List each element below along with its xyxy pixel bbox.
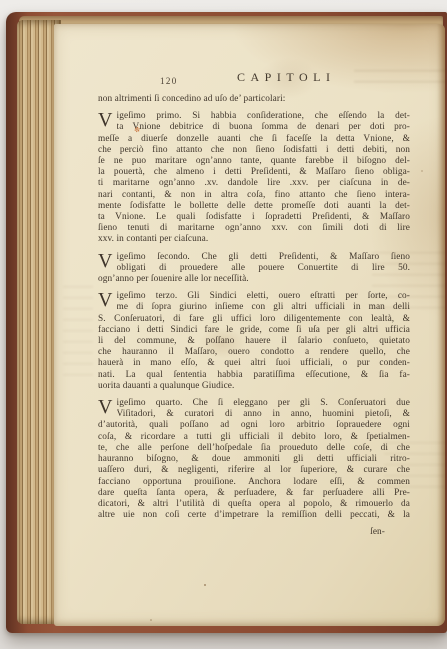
paragraph-vigesimo-quarto: Vigeſimo quarto. Che ſi eleggano per gli… — [98, 398, 410, 521]
text-line: hauerà in mano eſſo, & quei altri ſuoi u… — [98, 358, 410, 369]
text-line: S. Conſeruatori, di fare gli uffici loro… — [98, 314, 410, 325]
drop-cap: V — [98, 252, 117, 274]
drop-cap: V — [98, 398, 117, 420]
text-line: ta Vnione. Le quali ſodisfatte i ſoprade… — [98, 212, 410, 223]
text-line: igeſimo primo. Si habbia conſideratione,… — [117, 111, 410, 122]
catchword: ſen- — [98, 527, 410, 538]
text-line: facciano opportuna prouiſione. Anchora l… — [98, 477, 410, 488]
paragraph-vigesimo-terzo: Vigeſimo terzo. Gli Sindici eletti, ouer… — [98, 291, 410, 392]
text-line: altre uie non coſi certe d’impetrare la … — [98, 510, 410, 521]
text-line: meſſe a diuerſe donzelle auanti che ſi f… — [98, 134, 410, 145]
text-line: d’autorità, quali poſſano ad ogni loro a… — [98, 420, 410, 431]
text-line: uorita dauanti a qualunque Giudice. — [98, 381, 410, 392]
paragraph-vigesimo-secondo: Vigeſimo ſecondo. Che gli detti Preſiden… — [98, 252, 410, 286]
text-line: ta Vnione debitrice di buona ſomma de de… — [117, 122, 410, 133]
paragraph-vigesimo-primo: ✼ Vigeſimo primo. Si habbia conſideratio… — [98, 111, 410, 245]
text-line: che hauranno il Maſſaro, ouero condotto … — [98, 347, 410, 358]
book-cover: 120 CAPITOLI non altrimenti ſi concedino… — [6, 12, 447, 633]
text-line: la pouertà, che almeno i detti Preſident… — [98, 167, 410, 178]
text-line: dare queſta ſanta opera, & perſuadere, &… — [98, 488, 410, 499]
page-right-edge — [437, 24, 445, 626]
text-line: facciano i detti Sindici fare le gride, … — [98, 325, 410, 336]
text-line: igeſimo terzo. Gli Sindici eletti, ouero… — [117, 291, 410, 302]
book-page: 120 CAPITOLI non altrimenti ſi concedino… — [54, 24, 445, 626]
text-line: te, che alle perſone dell’hoſpedale ſia … — [98, 443, 410, 454]
text-line: uaſſero duri, & negligenti, riferire al … — [98, 465, 410, 476]
stain-speck — [204, 584, 206, 586]
text-line: igeſimo ſecondo. Che gli detti Preſident… — [117, 252, 410, 263]
text-line: ti maritarne ogn’anno .xv. dandole lire … — [98, 178, 410, 189]
text-line: che perciò fino attanto che non ſieno ſo… — [98, 145, 410, 156]
text-line: igeſimo quarto. Che ſi eleggano per gli … — [117, 398, 410, 409]
text-line: dicatori, & altri l’utilità di queſta op… — [98, 499, 410, 510]
drop-cap: V — [98, 291, 117, 313]
text-line: hauranno biſogno, & doue ammoniti gli de… — [98, 454, 410, 465]
text-line: mente ſodisfatte le bollette delle dette… — [98, 201, 410, 212]
text-line: ſieno tenuti di maritarne ogn’anno xxv. … — [98, 223, 410, 234]
running-header: CAPITOLI — [237, 70, 335, 85]
text-line: ogn’anno per ſouenire alle lor neceſſità… — [98, 274, 410, 285]
text-line: nari contanti, & non in altra coſa, fino… — [98, 190, 410, 201]
text-line: coſa, & ricordare a tutti gli ufficiali … — [98, 432, 410, 443]
text-line: nati. La qual ſententia habbia paratiſſi… — [98, 370, 410, 381]
photo-background: 120 CAPITOLI non altrimenti ſi concedino… — [0, 0, 447, 649]
text-line: xxv. in contanti per ciaſcuna. — [98, 234, 410, 245]
text-line: li del commune, & poſſano hauere il ſala… — [98, 336, 410, 347]
stain-speck — [150, 619, 152, 621]
intro-paragraph: non altrimenti ſi concedino ad uſo de’ p… — [98, 94, 410, 105]
page-number: 120 — [160, 76, 178, 86]
drop-cap: V — [98, 111, 117, 133]
text-line: me di ſopra giurino inſieme con gli altr… — [117, 302, 410, 313]
bleed-through-text — [63, 286, 93, 378]
text-line: non altrimenti ſi concedino ad uſo de’ p… — [98, 94, 410, 105]
text-line: Viſitadori, & curatori di anno in anno, … — [117, 409, 410, 420]
text-line: obligati di prouedere alle pouere Conuer… — [117, 263, 410, 274]
stain-speck — [421, 170, 423, 172]
text-block: non altrimenti ſi concedino ad uſo de’ p… — [98, 94, 410, 539]
text-line: ſe ne puo maritare ogn’anno tante, quant… — [98, 156, 410, 167]
bleed-through-text — [354, 70, 447, 83]
